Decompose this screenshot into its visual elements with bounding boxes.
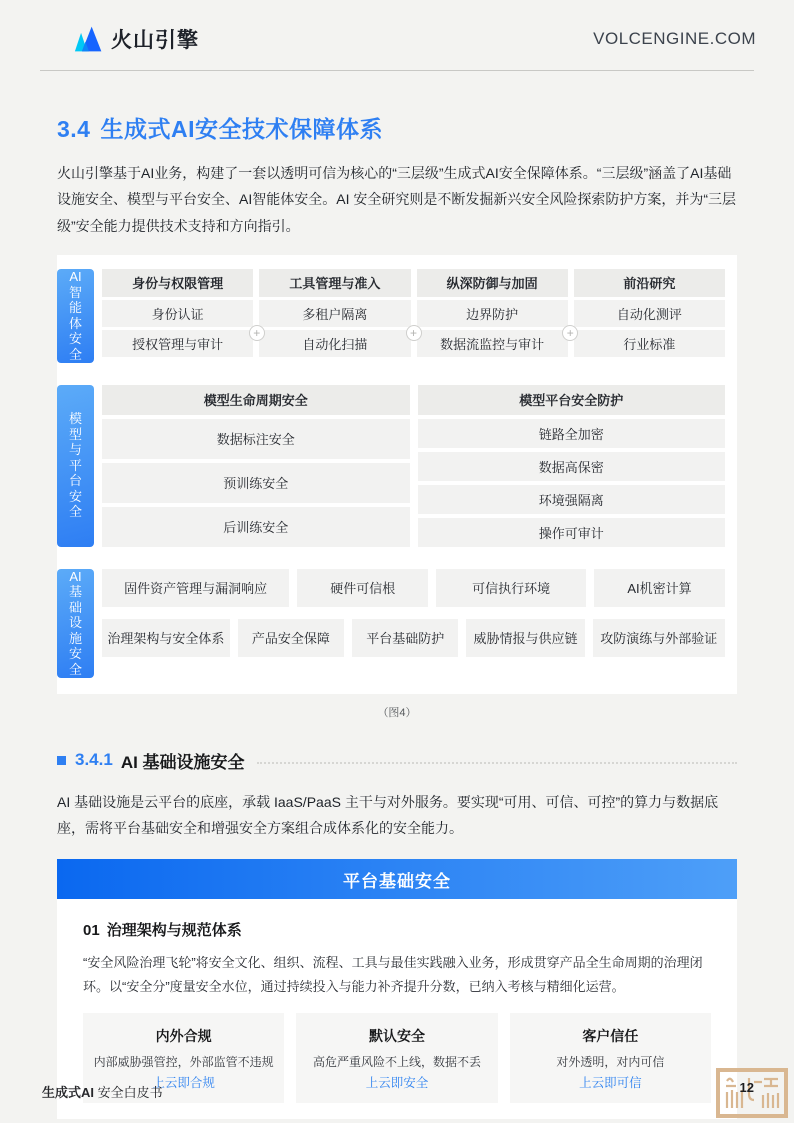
column-header: 身份与权限管理 [102,269,253,297]
plus-icon: + [249,325,265,341]
diagram-cell: 治理架构与安全体系 [102,619,230,657]
diagram-cell: 身份认证 [102,300,253,327]
footer-book-title-rest: 安全白皮书 [94,1085,163,1100]
governance-number: 01 [83,922,100,939]
layer-ai-agent: AI智能体安全 身份与权限管理 身份认证 授权管理与审计 工具管理与准入 多租户… [57,269,725,363]
diagram-cell: 授权管理与审计 [102,330,253,357]
card-desc: 内部威胁强管控，外部监管不违规 [89,1053,278,1070]
governance-goal-cards: 内外合规 内部威胁强管控，外部监管不违规 上云即合规 默认安全 高危严重风险不上… [83,1013,711,1103]
layer-ai-infrastructure: AI基础设施安全 固件资产管理与漏洞响应 硬件可信根 可信执行环境 AI机密计算… [57,569,725,678]
diagram-cell: 预训练安全 [102,463,410,503]
section-number: 3.4 [57,116,90,142]
layer-ai-infrastructure-grid: 固件资产管理与漏洞响应 硬件可信根 可信执行环境 AI机密计算 治理架构与安全体… [102,569,725,678]
layer-model-platform-label: 模型与平台安全 [57,385,94,547]
plus-icon: + [406,325,422,341]
column-header: 前沿研究 [574,269,725,297]
group-header: 模型平台安全防护 [418,385,726,415]
diagram-cell: 数据流监控与审计 [417,330,568,357]
subsection-title: AI 基础设施安全 [121,748,245,773]
diagram-cell: 行业标准 [574,330,725,357]
layer-model-platform-grid: 模型生命周期安全 数据标注安全 预训练安全 后训练安全 模型平台安全防护 链路全… [102,385,725,547]
column-research: 前沿研究 自动化测评 行业标准 [574,269,725,363]
document-page: 火山引擎 VOLCENGINE.COM 3.4生成式AI安全技术保障体系 火山引… [0,0,794,1123]
platform-security-banner: 平台基础安全 [57,859,737,899]
diagram-cell: 平台基础防护 [352,619,458,657]
page-number: 12 [740,1080,754,1095]
group-platform-protection: 模型平台安全防护 链路全加密 数据高保密 环境强隔离 操作可审计 [418,385,726,547]
governance-heading: 01治理架构与规范体系 [83,919,711,940]
group-model-lifecycle: 模型生命周期安全 数据标注安全 预训练安全 后训练安全 [102,385,410,547]
diagram-cell: 多租户隔离 [259,300,410,327]
logo-text: 火山引擎 [111,30,199,53]
header-divider [40,70,754,71]
group-header: 模型生命周期安全 [102,385,410,415]
security-architecture-diagram: AI智能体安全 身份与权限管理 身份认证 授权管理与审计 工具管理与准入 多租户… [57,255,737,694]
card-desc: 高危严重风险不上线，数据不丢 [302,1053,491,1070]
volcengine-logo: 火山引擎 [74,25,199,53]
mountain-logo-icon [74,25,104,53]
diagram-cell: 攻防演练与外部验证 [593,619,725,657]
diagram-cell: 数据标注安全 [102,419,410,459]
layer-ai-infrastructure-label: AI基础设施安全 [57,569,94,678]
column-header: 纵深防御与加固 [417,269,568,297]
card-link[interactable]: 上云即可信 [516,1073,705,1091]
governance-title: 治理架构与规范体系 [107,922,242,939]
diagram-cell: 产品安全保障 [238,619,344,657]
card-secure-by-default: 默认安全 高危严重风险不上线，数据不丢 上云即安全 [296,1013,497,1103]
column-tooling: 工具管理与准入 多租户隔离 自动化扫描 [259,269,410,363]
layer-model-platform: 模型与平台安全 模型生命周期安全 数据标注安全 预训练安全 后训练安全 模型平台… [57,385,725,547]
governance-body: “安全风险治理飞轮”将安全文化、组织、流程、工具与最佳实践融入业务，形成贯穿产品… [83,951,711,999]
dotted-divider [257,762,737,764]
diagram-cell: 链路全加密 [418,419,726,448]
card-customer-trust: 客户信任 对外透明，对内可信 上云即可信 [510,1013,711,1103]
diagram-cell: 后训练安全 [102,507,410,547]
diagram-cell: AI机密计算 [594,569,725,607]
site-url-link[interactable]: VOLCENGINE.COM [593,29,756,49]
infrastructure-row-1: 固件资产管理与漏洞响应 硬件可信根 可信执行环境 AI机密计算 [102,569,725,607]
section-title-text: 生成式AI安全技术保障体系 [100,116,383,142]
column-identity: 身份与权限管理 身份认证 授权管理与审计 [102,269,253,363]
diagram-cell: 操作可审计 [418,518,726,547]
subsection-number: 3.4.1 [75,750,113,770]
diagram-cell: 可信执行环境 [436,569,586,607]
infrastructure-row-2: 治理架构与安全体系 产品安全保障 平台基础防护 威胁情报与供应链 攻防演练与外部… [102,619,725,657]
footer-book-title: 生成式AI 安全白皮书 [42,1082,163,1101]
card-title: 默认安全 [302,1026,491,1046]
page-header: 火山引擎 VOLCENGINE.COM [0,0,794,56]
card-title: 客户信任 [516,1026,705,1046]
diagram-cell: 数据高保密 [418,452,726,481]
section-intro: 火山引擎基于AI业务，构建了一套以透明可信为核心的“三层级”生成式AI安全保障体… [57,160,737,239]
card-desc: 对外透明，对内可信 [516,1053,705,1070]
diagram-cell: 边界防护 [417,300,568,327]
column-defense: 纵深防御与加固 边界防护 数据流监控与审计 [417,269,568,363]
footer-book-title-bold: 生成式AI [42,1085,94,1100]
square-bullet-icon [57,756,66,765]
subsection-body: AI 基础设施是云平台的底座，承载 IaaS/PaaS 主干与对外服务。要实现“… [57,789,737,842]
section-title: 3.4生成式AI安全技术保障体系 [57,111,737,144]
layer-ai-agent-label: AI智能体安全 [57,269,94,363]
card-title: 内外合规 [89,1026,278,1046]
figure-caption: （图4） [57,704,737,720]
diagram-cell: 自动化扫描 [259,330,410,357]
subsection-heading: 3.4.1 AI 基础设施安全 [57,748,737,773]
layer-ai-agent-grid: 身份与权限管理 身份认证 授权管理与审计 工具管理与准入 多租户隔离 自动化扫描… [102,269,725,363]
diagram-cell: 硬件可信根 [297,569,428,607]
diagram-cell: 自动化测评 [574,300,725,327]
diagram-cell: 固件资产管理与漏洞响应 [102,569,289,607]
card-link[interactable]: 上云即安全 [302,1073,491,1091]
diagram-cell: 威胁情报与供应链 [466,619,584,657]
diagram-cell: 环境强隔离 [418,485,726,514]
column-header: 工具管理与准入 [259,269,410,297]
